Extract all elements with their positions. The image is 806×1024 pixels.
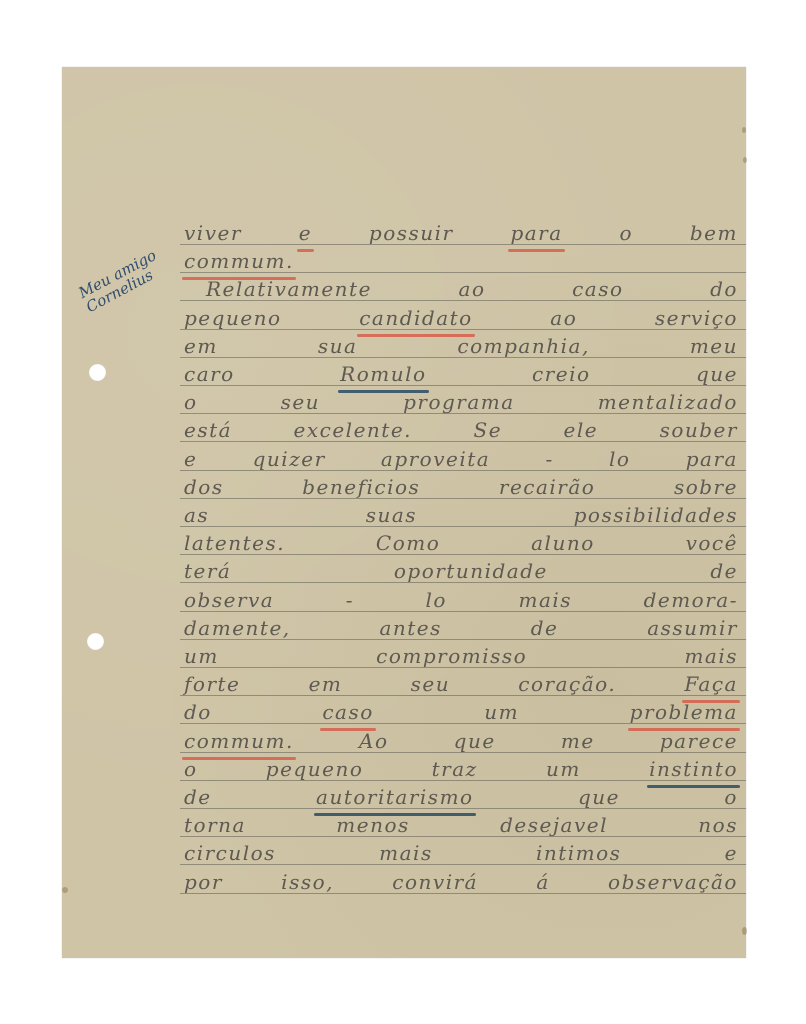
handwritten-word: ele [564,419,599,443]
handwritten-word: antes [379,617,441,641]
handwritten-word: compromisso [376,645,527,669]
handwritten-word: possibilidades [574,504,738,528]
text-line: docasoumproblema [184,697,738,725]
handwritten-word: o [724,786,738,810]
handwritten-word: que [696,363,738,387]
paper-stain [742,927,747,935]
handwritten-word: creio [532,363,591,387]
handwritten-word: o [184,391,198,415]
text-line: emsuacompanhia,meu [184,331,738,359]
handwritten-word: está [184,419,232,443]
paper-stain [62,887,68,893]
handwritten-word: um [184,645,219,669]
handwritten-word: ao [459,278,486,302]
handwritten-word: souber [660,419,738,443]
text-line: commum. [184,246,738,274]
text-line: dosbeneficiosrecairãosobre [184,472,738,500]
text-line: pequenocandidatoaoserviço [184,303,738,331]
handwritten-word: seu [281,391,320,415]
handwritten-word: em [184,335,218,359]
text-line: equizeraproveita-lopara [184,444,738,472]
text-line: teráoportunidadede [184,556,738,584]
text-line: opequenotrazuminstinto [184,754,738,782]
handwritten-word: do [184,701,212,725]
handwritten-word: um [484,701,519,725]
handwritten-word: possuir [369,222,454,246]
handwritten-word: terá [184,560,231,584]
handwritten-word: parece [660,730,738,754]
handwritten-word: me [561,730,595,754]
text-line: forteemseucoração.Faça [184,669,738,697]
handwritten-word: isso, [281,871,334,895]
handwritten-word: traz [432,758,478,782]
handwritten-word: seu [411,673,450,697]
handwritten-word: beneficios [302,476,420,500]
handwritten-word: o [184,758,198,782]
handwritten-word: observação [608,871,738,895]
handwritten-word: mentalizado [598,391,738,415]
handwritten-word: assumir [647,617,738,641]
handwritten-word: companhia, [457,335,589,359]
handwritten-word: e [299,222,312,246]
handwritten-word: aproveita [381,448,490,472]
handwritten-word: que [578,786,620,810]
handwritten-word: dos [184,476,224,500]
handwritten-word: commum. [184,730,294,754]
handwritten-word: á [536,871,549,895]
paper-stain [742,127,746,133]
handwritten-word: o [619,222,633,246]
handwritten-word: lo [609,448,630,472]
text-line: umcompromissomais [184,641,738,669]
handwritten-word: e [725,842,738,866]
handwritten-word: - [346,589,354,613]
handwritten-word: oportunidade [394,560,548,584]
letter-page: Meu amigo Cornelius viverepossuirparaobe… [62,67,746,958]
text-line: estáexcelente.Seelesouber [184,415,738,443]
handwritten-word: intimos [536,842,621,866]
text-line: oseuprogramamentalizado [184,387,738,415]
handwritten-word: pequeno [184,307,282,331]
handwritten-word: que [454,730,496,754]
handwritten-word: menos [336,814,410,838]
handwritten-word: coração. [518,673,616,697]
handwritten-word: desejavel [500,814,608,838]
handwritten-word: - [545,448,553,472]
handwritten-word: suas [366,504,417,528]
handwritten-word: torna [184,814,246,838]
handwritten-word: forte [184,673,240,697]
text-line: caroRomulocreioque [184,359,738,387]
handwritten-word: nos [698,814,738,838]
handwritten-word: latentes. [184,532,285,556]
handwritten-word: problema [630,701,738,725]
text-line: tornamenosdesejavelnos [184,810,738,838]
text-line: porisso,convirááobservação [184,867,738,895]
handwritten-word: de [710,560,738,584]
text-line: damente,antesdeassumir [184,613,738,641]
handwritten-word: circulos [184,842,276,866]
handwritten-word: recairão [499,476,595,500]
text-line: observa-lomaisdemora- [184,585,738,613]
handwritten-word: serviço [655,307,738,331]
handwritten-word: caro [184,363,235,387]
handwritten-word: commum. [184,250,294,274]
handwritten-word: em [309,673,343,697]
handwritten-word: mais [684,645,738,669]
handwritten-word: lo [426,589,447,613]
handwritten-word: Faça [684,673,738,697]
handwritten-word: candidato [359,307,473,331]
handwritten-word: e [184,448,197,472]
handwritten-word: excelente. [294,419,413,443]
handwritten-word: para [510,222,562,246]
handwritten-word: quizer [253,448,326,472]
handwritten-word: as [184,504,209,528]
handwritten-word: aluno [531,532,595,556]
margin-note: Meu amigo Cornelius [76,245,170,316]
handwritten-word: pequeno [266,758,364,782]
handwritten-word: bem [690,222,738,246]
text-line: viverepossuirparaobem [184,218,738,246]
handwritten-word: meu [690,335,738,359]
handwritten-word: programa [403,391,515,415]
handwritten-word: Relativamente [206,278,372,302]
text-line: latentes.Comoalunovocê [184,528,738,556]
handwritten-word: observa [184,589,274,613]
paper-stain [743,157,747,163]
text-line: circulosmaisintimose [184,838,738,866]
handwritten-word: para [686,448,738,472]
punch-hole [87,633,104,650]
handwritten-word: viver [184,222,242,246]
text-line: deautoritarismoqueo [184,782,738,810]
handwritten-word: Como [376,532,440,556]
handwritten-word: mais [379,842,433,866]
handwritten-word: caso [572,278,623,302]
handwritten-word: demora- [644,589,738,613]
punch-hole [89,364,106,381]
handwritten-word: sobre [674,476,738,500]
handwritten-word: Ao [359,730,388,754]
handwritten-word: autoritarismo [316,786,474,810]
handwritten-word: mais [518,589,572,613]
handwritten-word: convirá [392,871,478,895]
handwritten-word: você [686,532,738,556]
handwritten-word: ao [550,307,577,331]
handwritten-word: instinto [649,758,738,782]
handwritten-word: por [184,871,223,895]
handwritten-word: Romulo [340,363,426,387]
handwritten-word: de [531,617,559,641]
handwritten-word: Se [474,419,503,443]
handwritten-word: do [710,278,738,302]
handwritten-word: um [546,758,581,782]
handwritten-word: damente, [184,617,291,641]
text-line: assuaspossibilidades [184,500,738,528]
text-line: commum.Aoquemeparece [184,726,738,754]
text-line: Relativamenteaocasodo [184,274,738,302]
handwritten-word: caso [322,701,373,725]
handwritten-word: de [184,786,212,810]
handwritten-word: sua [318,335,358,359]
